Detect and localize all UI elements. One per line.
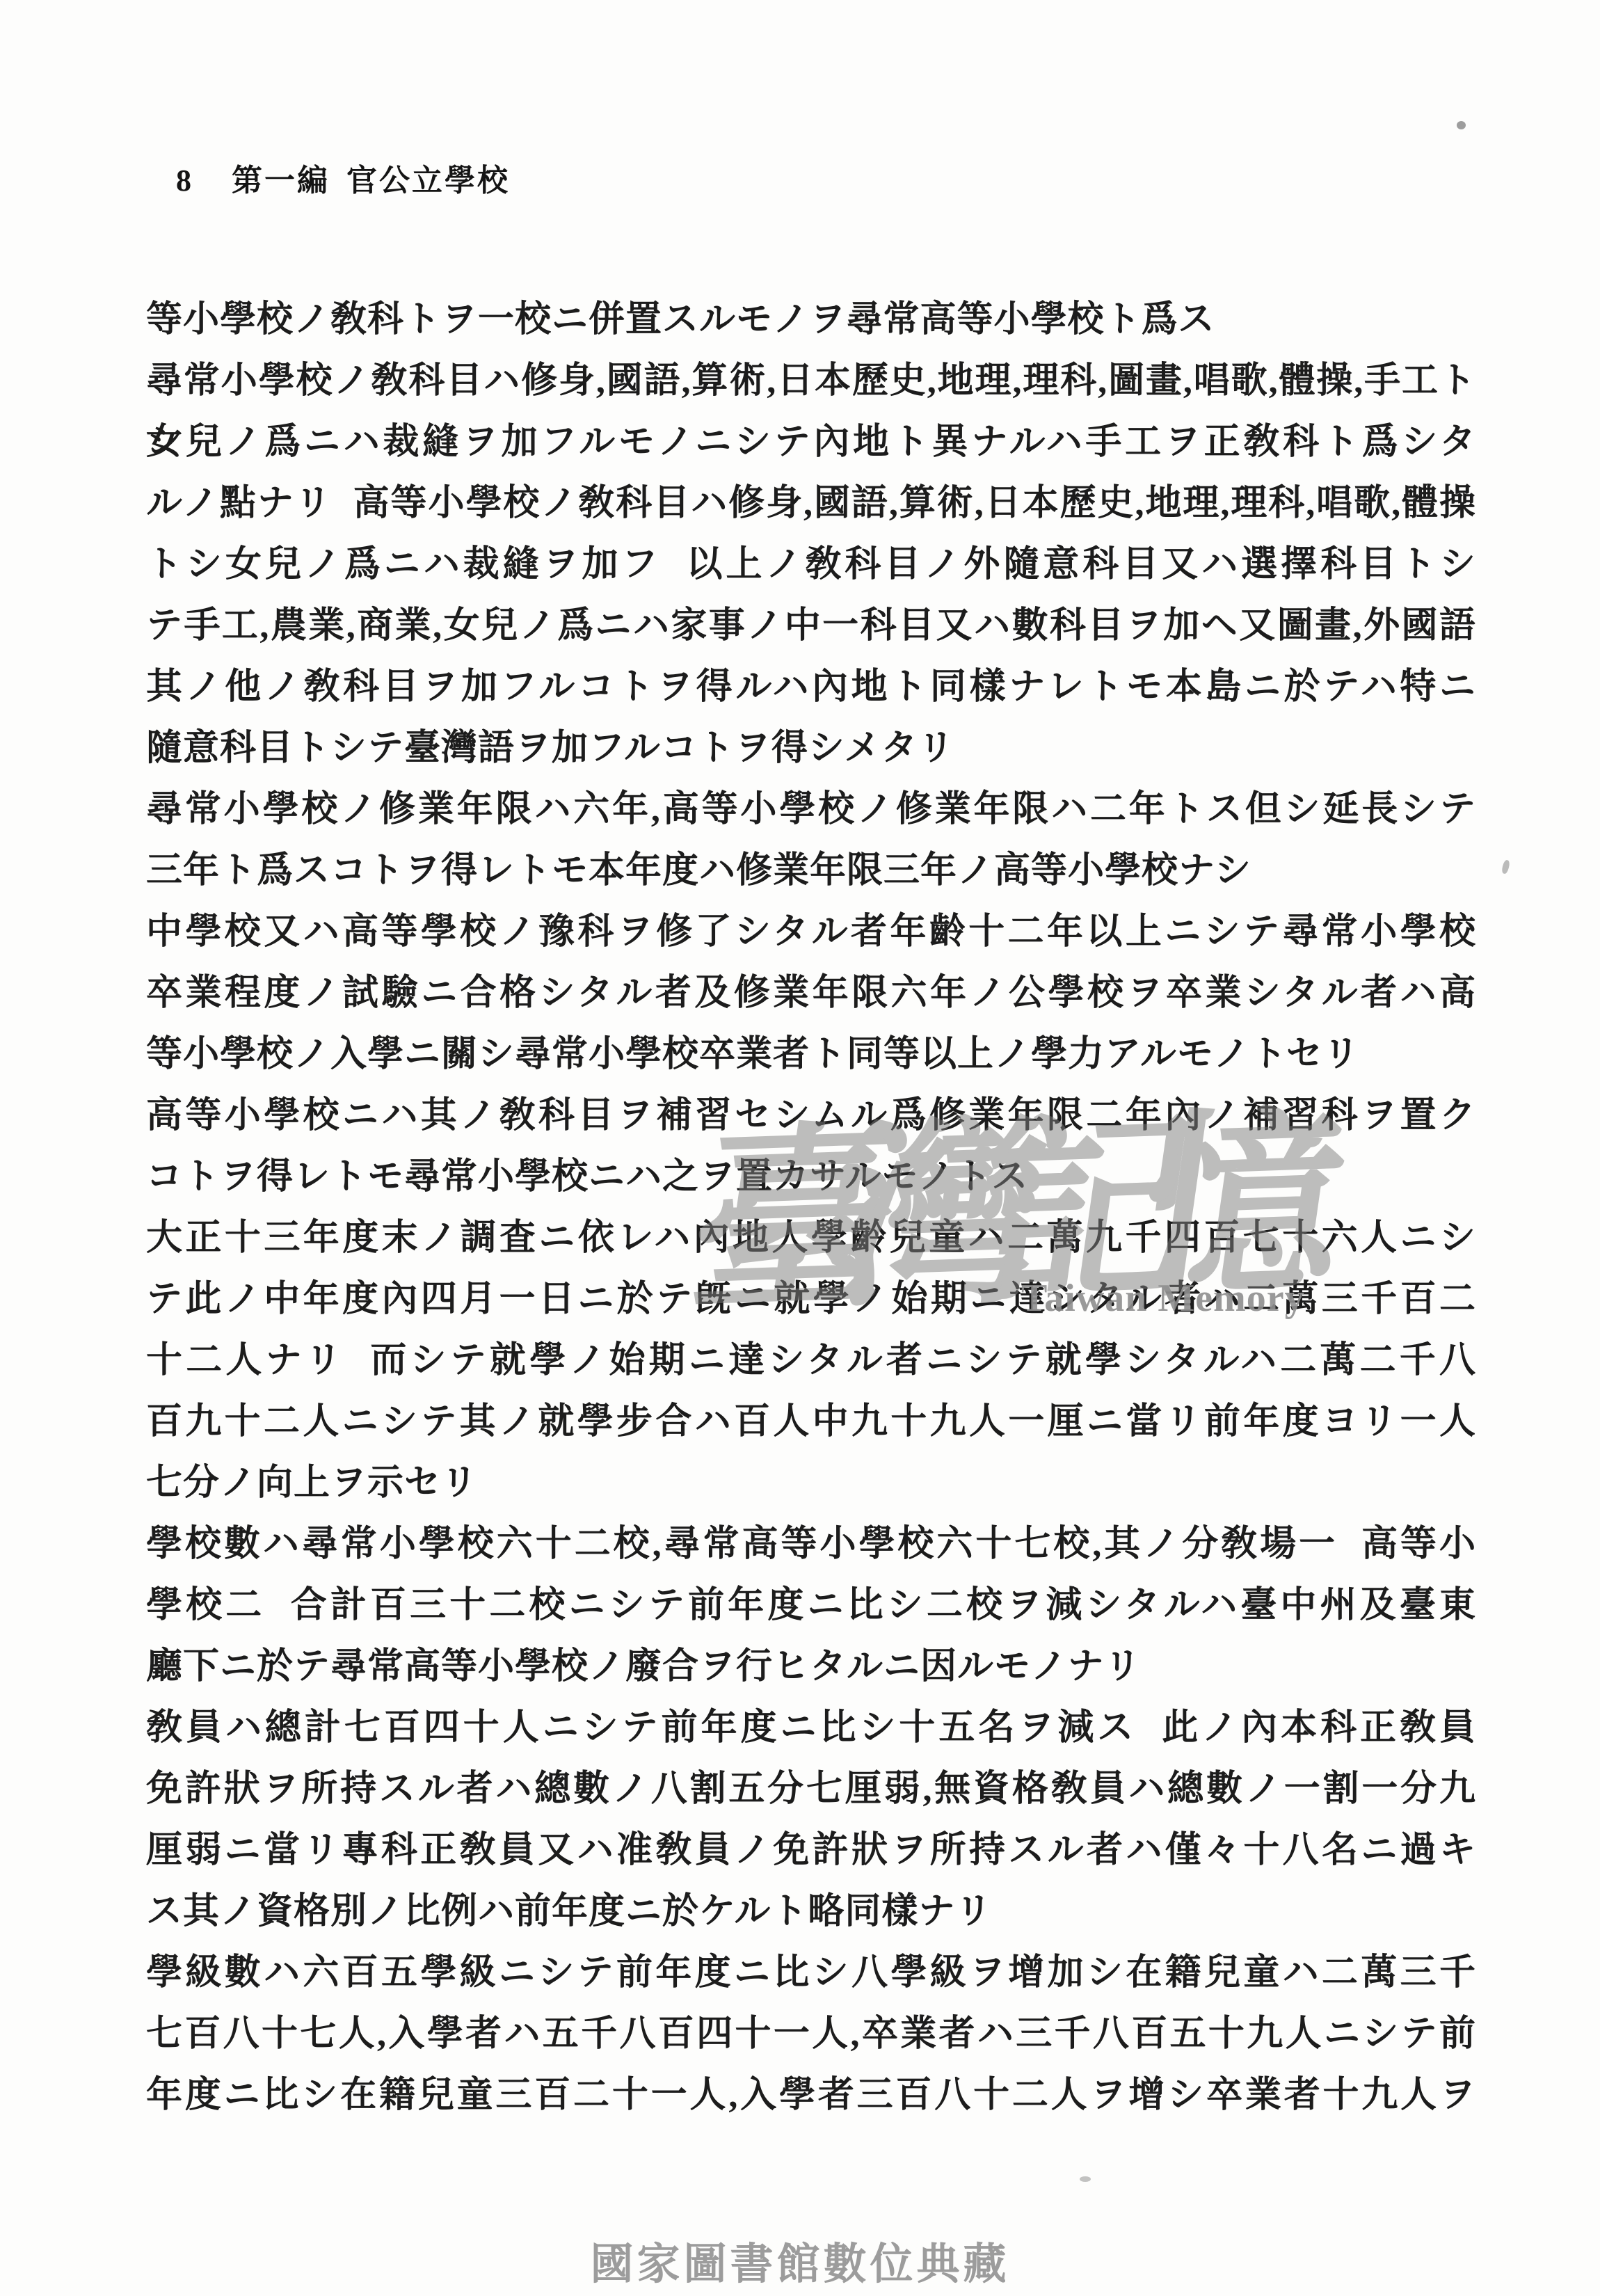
text-line: 學校二 合計百三十二校ニシテ前年度ニ比シ二校ヲ減シタルハ臺中州及臺東 [146, 1575, 1476, 1636]
text-line: 尋常小學校ノ修業年限ハ六年,高等小學校ノ修業年限ハ二年トス但シ延長シテ [146, 779, 1476, 840]
text-line: 三年ト爲スコトヲ得レトモ本年度ハ修業年限三年ノ高等小學校ナシ [146, 840, 1476, 902]
text-line: 其ノ他ノ敎科目ヲ加フルコトヲ得ルハ內地ト同樣ナレトモ本島ニ於テハ特ニ [146, 657, 1476, 718]
ink-speck [1457, 121, 1466, 129]
text-line: 七分ノ向上ヲ示セリ [146, 1453, 1476, 1514]
ink-speck [1501, 859, 1511, 875]
text-line: 高等小學校ニハ其ノ敎科目ヲ補習セシムル爲修業年限二年內ノ補習科ヲ置ク [146, 1085, 1476, 1147]
text-line: テ此ノ中年度內四月一日ニ於テ旣ニ就學ノ始期ニ達シタル者ハ二萬三千百二 [146, 1269, 1476, 1330]
text-line: 尋常小學校ノ敎科目ハ修身,國語,算術,日本歷史,地理,理科,圖畫,唱歌,體操,手… [146, 351, 1476, 412]
text-line: 學級數ハ六百五學級ニシテ前年度ニ比シ八學級ヲ增加シ在籍兒童ハ二萬三千 [146, 1943, 1476, 2004]
text-line: 女兒ノ爲ニハ裁縫ヲ加フルモノニシテ內地ト異ナルハ手工ヲ正敎科ト爲シタ [146, 412, 1476, 473]
text-line: 免許狀ヲ所持スル者ハ總數ノ八割五分七厘弱,無資格敎員ハ總數ノ一割一分九 [146, 1759, 1476, 1820]
scanned-document-page: 8 第一編 官公立學校 等小學校ノ敎科トヲ一校ニ併置スルモノヲ尋常高等小學校ト爲… [0, 0, 1600, 2296]
text-line: コトヲ得レトモ尋常小學校ニハ之ヲ置カサルモノトス [146, 1147, 1476, 1208]
text-line: テ手工,農業,商業,女兒ノ爲ニハ家事ノ中一科目又ハ數科目ヲ加ヘ又圖畫,外國語 [146, 596, 1476, 657]
text-line: 中學校又ハ高等學校ノ豫科ヲ修了シタル者年齡十二年以上ニシテ尋常小學校 [146, 902, 1476, 963]
text-line: 年度ニ比シ在籍兒童三百二十一人,入學者三百八十二人ヲ增シ卒業者十九人ヲ [146, 2065, 1476, 2126]
library-footer-watermark: 國家圖書館數位典藏 [0, 2240, 1600, 2289]
text-line: ス其ノ資格別ノ比例ハ前年度ニ於ケルト略同樣ナリ [146, 1881, 1476, 1943]
text-line: 厘弱ニ當リ專科正敎員又ハ准敎員ノ免許狀ヲ所持スル者ハ僅々十八名ニ過キ [146, 1820, 1476, 1881]
text-line: 隨意科目トシテ臺灣語ヲ加フルコトヲ得シメタリ [146, 718, 1476, 779]
running-head-section: 第一編 [232, 164, 330, 198]
ink-speck [1080, 2176, 1091, 2182]
running-head-title: 官公立學校 [346, 164, 510, 198]
page-number: 8 [176, 164, 191, 198]
text-line: 七百八十七人,入學者ハ五千八百四十一人,卒業者ハ三千八百五十九人ニシテ前 [146, 2004, 1476, 2065]
text-line: 卒業程度ノ試驗ニ合格シタル者及修業年限六年ノ公學校ヲ卒業シタル者ハ高 [146, 963, 1476, 1024]
text-line: トシ女兒ノ爲ニハ裁縫ヲ加フ 以上ノ敎科目ノ外隨意科目又ハ選擇科目トシ [146, 534, 1476, 596]
text-line: 敎員ハ總計七百四十人ニシテ前年度ニ比シ十五名ヲ減ス 此ノ內本科正敎員 [146, 1698, 1476, 1759]
running-head: 8 第一編 官公立學校 [176, 164, 510, 198]
text-line: 等小學校ノ入學ニ關シ尋常小學校卒業者ト同等以上ノ學力アルモノトセリ [146, 1024, 1476, 1085]
text-block: 等小學校ノ敎科トヲ一校ニ併置スルモノヲ尋常高等小學校ト爲ス尋常小學校ノ敎科目ハ修… [146, 289, 1476, 2126]
text-line: 百九十二人ニシテ其ノ就學步合ハ百人中九十九人一厘ニ當リ前年度ヨリ一人 [146, 1392, 1476, 1453]
text-line: 大正十三年度末ノ調査ニ依レハ內地人學齡兒童ハ二萬九千四百七十六人ニシ [146, 1208, 1476, 1269]
text-line: ルノ點ナリ 高等小學校ノ敎科目ハ修身,國語,算術,日本歷史,地理,理科,唱歌,體… [146, 473, 1476, 534]
text-line: 等小學校ノ敎科トヲ一校ニ併置スルモノヲ尋常高等小學校ト爲ス [146, 289, 1476, 351]
text-line: 學校數ハ尋常小學校六十二校,尋常高等小學校六十七校,其ノ分敎場一 高等小 [146, 1514, 1476, 1575]
text-line: 廳下ニ於テ尋常高等小學校ノ廢合ヲ行ヒタルニ因ルモノナリ [146, 1636, 1476, 1698]
text-line: 十二人ナリ 而シテ就學ノ始期ニ達シタル者ニシテ就學シタルハ二萬二千八 [146, 1330, 1476, 1392]
